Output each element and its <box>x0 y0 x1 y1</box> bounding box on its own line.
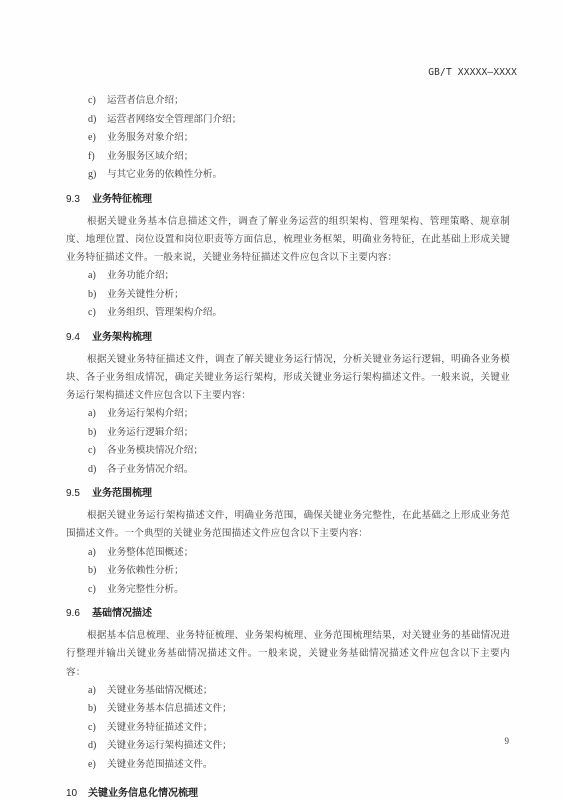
list-item: b) 关键业务基本信息描述文件； <box>66 700 510 719</box>
list-marker: b) <box>88 562 107 581</box>
list-marker: a) <box>88 267 107 286</box>
list-text: 业务运行逻辑介绍； <box>107 424 193 443</box>
list-item: d) 运营者网络安全管理部门介绍； <box>66 111 510 130</box>
list-text: 运营者信息介绍； <box>107 92 184 111</box>
section-9-4: 9.4 业务架构梳理 根据关键业务特征描述文件，调查了解关键业务运行情况，分析关… <box>66 328 510 480</box>
list-item: c) 业务完整性分析。 <box>66 581 510 600</box>
list-marker: b) <box>88 424 107 443</box>
section-9-6: 9.6 基础情况描述 根据基本信息梳理、业务特征梳理、业务架构梳理、业务范围梳理… <box>66 604 510 774</box>
list-item: g) 与其它业务的依赖性分析。 <box>66 166 510 185</box>
list-marker: e) <box>88 129 107 148</box>
section-paragraph: 根据关键业务运行架构描述文件，明确业务范围，确保关键业务完整性，在此基础之上形成… <box>66 507 510 543</box>
section-heading: 9.6 基础情况描述 <box>66 604 510 624</box>
list-text: 关键业务运行架构描述文件； <box>107 737 232 756</box>
list-item: b) 业务运行逻辑介绍； <box>66 424 510 443</box>
list-text: 关键业务基本信息描述文件； <box>107 700 232 719</box>
chapter-number: 10 <box>66 784 88 800</box>
list-text: 业务依赖性分析； <box>107 562 184 581</box>
list-item: c) 运营者信息介绍； <box>66 92 510 111</box>
list-item: a) 业务运行架构介绍； <box>66 405 510 424</box>
document-page: GB/T XXXXX—XXXX c) 运营者信息介绍； d) 运营者网络安全管理… <box>0 0 565 800</box>
list-item: a) 关键业务基础情况概述； <box>66 682 510 701</box>
list-text: 业务功能介绍； <box>107 267 174 286</box>
section-9-2-list: c) 运营者信息介绍； d) 运营者网络安全管理部门介绍； e) 业务服务对象介… <box>66 92 510 185</box>
list-item: f) 业务服务区域介绍； <box>66 148 510 167</box>
section-title: 业务架构梳理 <box>92 328 152 348</box>
list-marker: c) <box>88 304 107 323</box>
list-text: 业务完整性分析。 <box>107 581 184 600</box>
list-text: 关键业务特征描述文件； <box>107 719 213 738</box>
list-text: 关键业务基础情况概述； <box>107 682 213 701</box>
list-marker: d) <box>88 111 107 130</box>
list-text: 业务整体范围概述； <box>107 544 193 563</box>
list-text: 与其它业务的依赖性分析。 <box>107 166 222 185</box>
list-marker: f) <box>88 148 107 167</box>
list-item: c) 业务组织、管理架构介绍。 <box>66 304 510 323</box>
list-text: 运营者网络安全管理部门介绍； <box>107 111 241 130</box>
chapter-title: 关键业务信息化情况梳理 <box>88 784 198 800</box>
section-heading: 9.5 业务范围梳理 <box>66 484 510 504</box>
list-marker: c) <box>88 581 107 600</box>
list-marker: d) <box>88 461 107 480</box>
list-text: 业务关键性分析； <box>107 286 184 305</box>
list-item: e) 业务服务对象介绍； <box>66 129 510 148</box>
section-title: 基础情况描述 <box>92 604 152 624</box>
list-text: 关键业务范围描述文件。 <box>107 756 213 775</box>
section-title: 业务范围梳理 <box>92 484 152 504</box>
list-marker: e) <box>88 756 107 775</box>
page-number: 9 <box>505 736 510 746</box>
section-9-5: 9.5 业务范围梳理 根据关键业务运行架构描述文件，明确业务范围，确保关键业务完… <box>66 484 510 599</box>
list-marker: b) <box>88 700 107 719</box>
list-marker: a) <box>88 544 107 563</box>
list-item: c) 各业务模块情况介绍； <box>66 442 510 461</box>
section-title: 业务特征梳理 <box>92 190 152 210</box>
section-heading: 9.4 业务架构梳理 <box>66 328 510 348</box>
list-marker: g) <box>88 166 107 185</box>
section-number: 9.4 <box>66 328 92 348</box>
list-item: d) 关键业务运行架构描述文件； <box>66 737 510 756</box>
list-marker: d) <box>88 737 107 756</box>
section-9-3: 9.3 业务特征梳理 根据关键业务基本信息描述文件，调查了解业务运营的组织架构、… <box>66 190 510 323</box>
list-item: e) 关键业务范围描述文件。 <box>66 756 510 775</box>
list-item: b) 业务关键性分析； <box>66 286 510 305</box>
document-code-header: GB/T XXXXX—XXXX <box>428 67 517 78</box>
list-marker: b) <box>88 286 107 305</box>
section-number: 9.5 <box>66 484 92 504</box>
list-item: c) 关键业务特征描述文件； <box>66 719 510 738</box>
list-marker: c) <box>88 92 107 111</box>
list-marker: c) <box>88 442 107 461</box>
list-marker: a) <box>88 682 107 701</box>
list-item: a) 业务整体范围概述； <box>66 544 510 563</box>
list-marker: c) <box>88 719 107 738</box>
section-paragraph: 根据关键业务基本信息描述文件，调查了解业务运营的组织架构、管理架构、管理策略、规… <box>66 213 510 268</box>
list-item: a) 业务功能介绍； <box>66 267 510 286</box>
list-text: 各业务模块情况介绍； <box>107 442 203 461</box>
chapter-heading: 10 关键业务信息化情况梳理 <box>66 784 510 800</box>
section-number: 9.3 <box>66 190 92 210</box>
list-item: d) 各子业务情况介绍。 <box>66 461 510 480</box>
section-number: 9.6 <box>66 604 92 624</box>
page-content: c) 运营者信息介绍； d) 运营者网络安全管理部门介绍； e) 业务服务对象介… <box>66 92 510 800</box>
list-text: 各子业务情况介绍。 <box>107 461 193 480</box>
section-heading: 9.3 业务特征梳理 <box>66 190 510 210</box>
list-text: 业务服务对象介绍； <box>107 129 193 148</box>
section-paragraph: 根据基本信息梳理、业务特征梳理、业务架构梳理、业务范围梳理结果，对关键业务的基础… <box>66 627 510 682</box>
list-text: 业务服务区域介绍； <box>107 148 193 167</box>
list-text: 业务运行架构介绍； <box>107 405 193 424</box>
list-item: b) 业务依赖性分析； <box>66 562 510 581</box>
section-paragraph: 根据关键业务特征描述文件，调查了解关键业务运行情况，分析关键业务运行逻辑，明确各… <box>66 351 510 406</box>
list-marker: a) <box>88 405 107 424</box>
list-text: 业务组织、管理架构介绍。 <box>107 304 222 323</box>
